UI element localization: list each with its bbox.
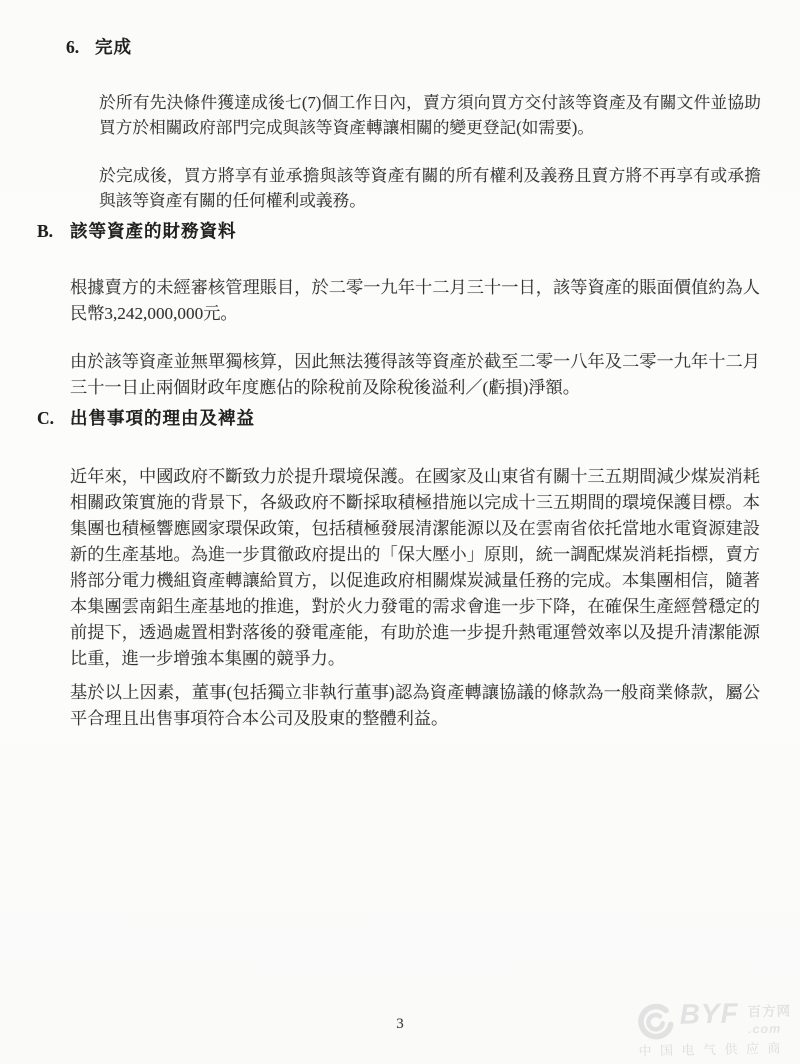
section-6-title: 完成 (95, 37, 132, 57)
document-page: 6.完成 於所有先決條件獲達成後七(7)個工作日內，賣方須向買方交付該等資產及有… (0, 0, 800, 1064)
section-b-paragraph-1: 根據賣方的未經審核管理賬目，於二零一九年十二月三十一日，該等資產的賬面價值約為人… (70, 275, 760, 327)
byf-domain-text: .com (748, 1021, 796, 1036)
section-c-paragraph-1: 近年來，中國政府不斷致力於提升環境保護。在國家及山東省有關十三五期間減少煤炭消耗… (70, 464, 760, 672)
byf-watermark: BYF 百方网 .com 中国电气供应商 (635, 992, 796, 1061)
section-c-marker: C. (37, 407, 70, 429)
section-b-heading: B.該等資產的財務資料 (37, 220, 237, 242)
section-6-marker: 6. (66, 36, 95, 58)
byf-spiral-logo-icon (635, 1002, 676, 1043)
section-6-paragraph-2: 於完成後，買方將享有並承擔與該等資產有關的所有權利及義務且賣方將不再享有或承擔與… (99, 163, 761, 213)
byf-tagline-text: 中国电气供应商 (638, 1037, 796, 1059)
byf-brand-right-block: 百方网 .com (747, 999, 796, 1036)
section-c-title: 出售事項的理由及裨益 (70, 408, 255, 428)
section-b-title: 該等資產的財務資料 (70, 221, 237, 241)
section-6-heading: 6.完成 (66, 36, 132, 58)
section-c-paragraph-2: 基於以上因素，董事(包括獨立非執行董事)認為資產轉讓協議的條款為一般商業條款，屬… (70, 680, 760, 732)
section-b-paragraph-2: 由於該等資產並無單獨核算，因此無法獲得該等資產於截至二零一八年及二零一九年十二月… (70, 349, 760, 401)
byf-brand-text: BYF (679, 998, 739, 1031)
section-6-paragraph-1: 於所有先決條件獲達成後七(7)個工作日內，賣方須向買方交付該等資產及有關文件並協… (99, 90, 761, 140)
section-c-heading: C.出售事項的理由及裨益 (37, 407, 255, 429)
byf-brand-cn-text: 百方网 (748, 1003, 792, 1019)
section-b-marker: B. (37, 220, 70, 242)
